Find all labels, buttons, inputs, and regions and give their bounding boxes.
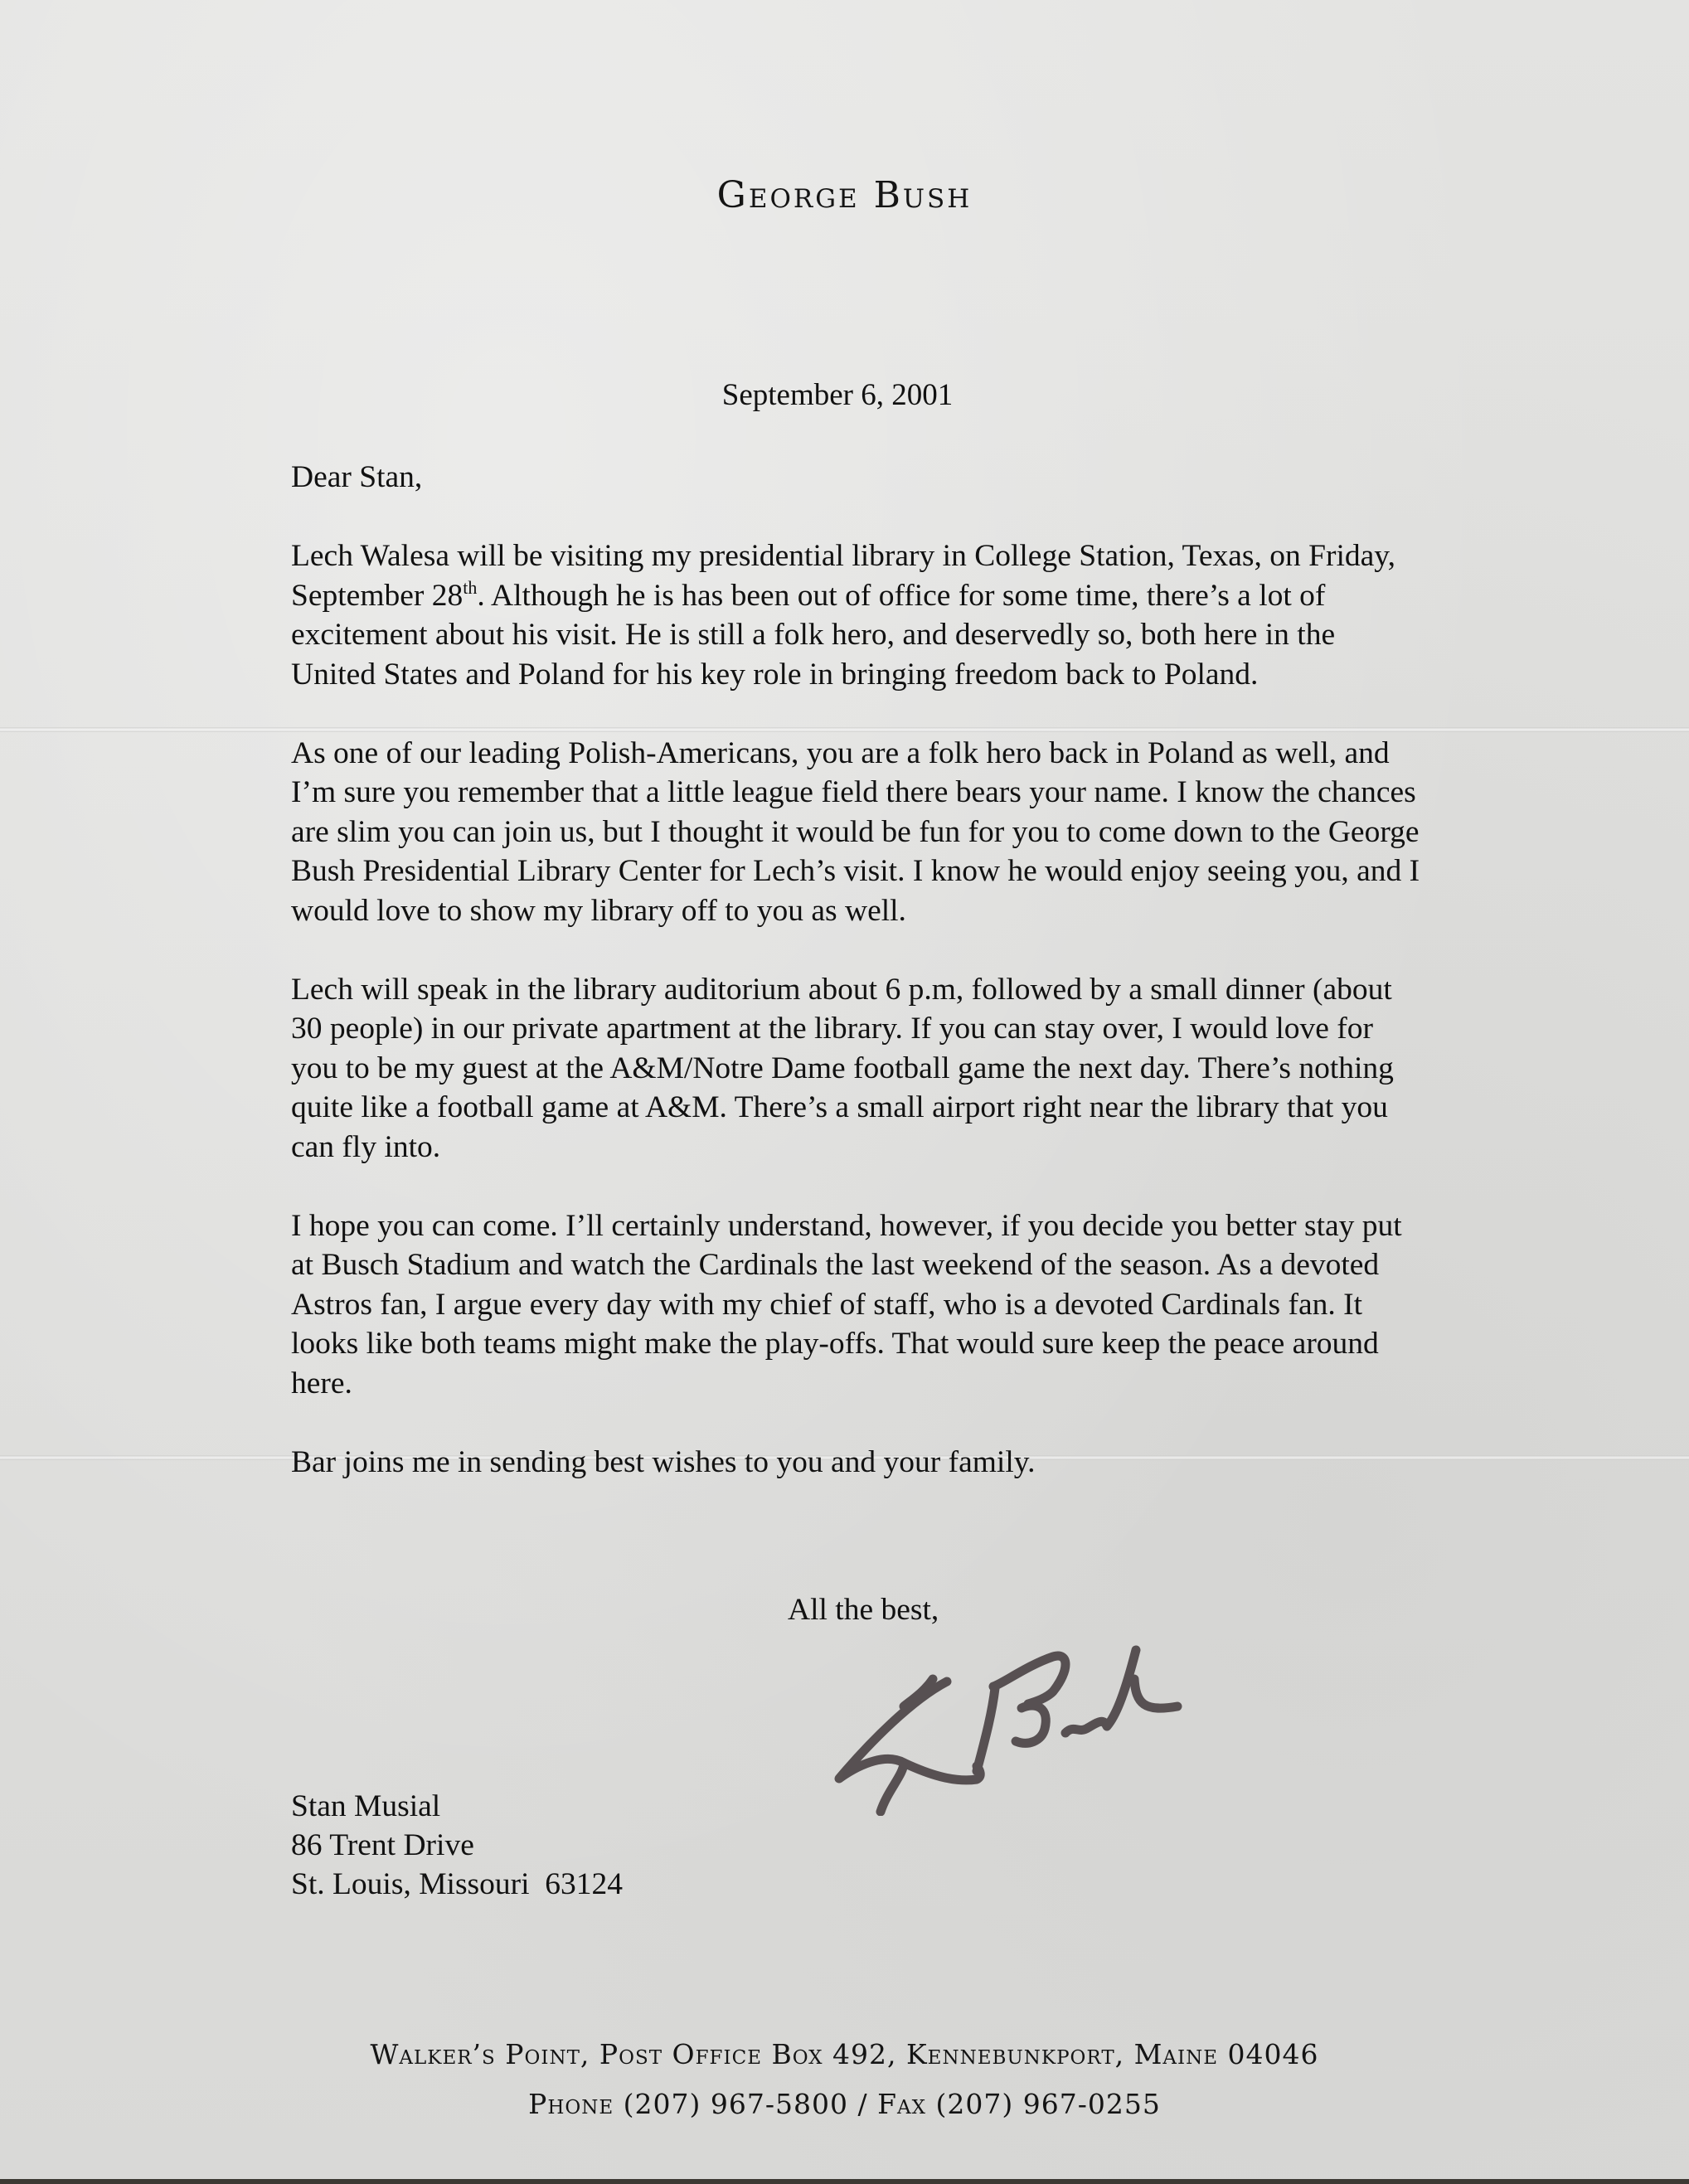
salutation: Dear Stan, xyxy=(291,458,1427,497)
paragraph-4: I hope you can come. I’ll certainly unde… xyxy=(291,1206,1427,1404)
page-bottom-edge xyxy=(0,2179,1689,2184)
recipient-name: Stan Musial xyxy=(291,1787,623,1826)
paragraph-1: Lech Walesa will be visiting my presiden… xyxy=(291,536,1427,694)
letter-page: George Bush September 6, 2001 Dear Stan,… xyxy=(0,0,1689,2184)
footer-address: Walker’s Point, Post Office Box 492, Ken… xyxy=(0,2038,1689,2070)
paragraph-3: Lech will speak in the library auditoriu… xyxy=(291,970,1427,1167)
letter-body: Dear Stan, Lech Walesa will be visiting … xyxy=(291,458,1427,1522)
paragraph-5: Bar joins me in sending best wishes to y… xyxy=(291,1443,1427,1483)
ordinal-suffix: th xyxy=(463,577,477,598)
letter-date: September 6, 2001 xyxy=(0,377,1675,413)
recipient-city: St. Louis, Missouri 63124 xyxy=(291,1865,623,1904)
recipient-street: 86 Trent Drive xyxy=(291,1826,623,1865)
signature-icon xyxy=(788,1600,1252,1816)
footer-phone-fax: Phone (207) 967-5800 / Fax (207) 967-025… xyxy=(0,2088,1689,2120)
paragraph-2: As one of our leading Polish-Americans, … xyxy=(291,734,1427,931)
letterhead-name: George Bush xyxy=(0,174,1689,216)
recipient-address: Stan Musial 86 Trent Drive St. Louis, Mi… xyxy=(291,1787,623,1904)
